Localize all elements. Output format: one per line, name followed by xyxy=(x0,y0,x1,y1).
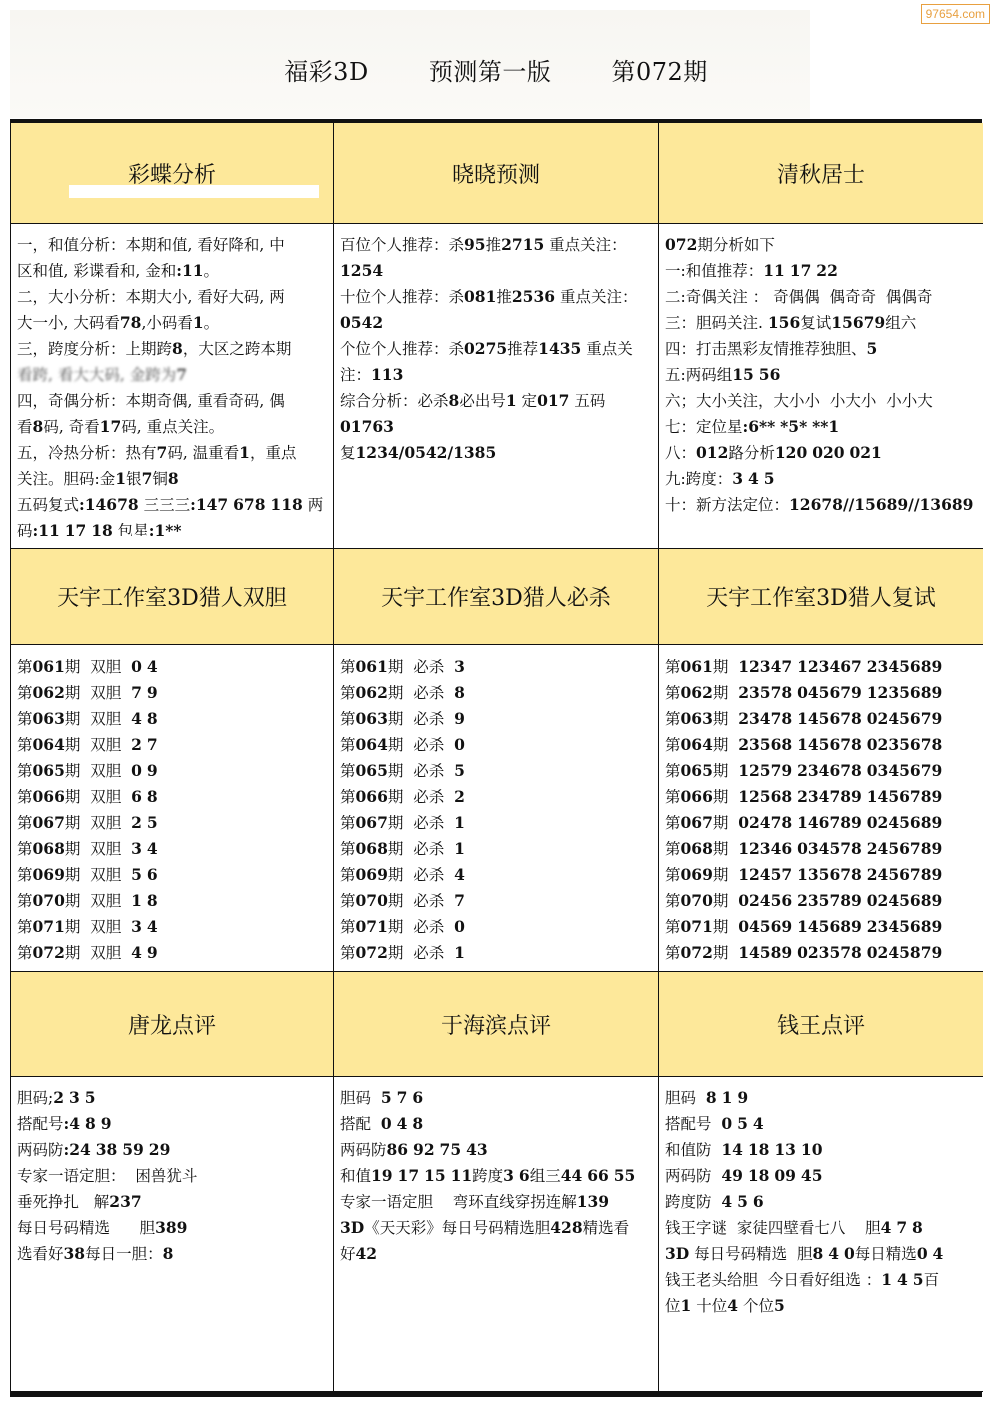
text-line: 搭配号 0 5 4 xyxy=(665,1111,977,1137)
text-line: 第067期 双胆 2 5 xyxy=(17,810,327,836)
title-period: 第072期 xyxy=(611,58,707,86)
text-line: 第072期 双胆 4 9 xyxy=(17,940,327,966)
text-line: 十：新方法定位：12678//15689//13689 xyxy=(665,492,977,518)
text-line: 第061期 12347 123467 2345689 xyxy=(665,654,977,680)
text-line: 百位个人推荐：杀95推2715 重点关注： xyxy=(340,232,652,258)
text-line: 五:两码组15 56 xyxy=(665,362,977,388)
text-line: 五，冷热分析：热有7码, 温重看1，重点 xyxy=(17,440,327,466)
text-line: 第061期 双胆 0 4 xyxy=(17,654,327,680)
section-header-xiaoxiao: 晓晓预测 xyxy=(334,123,659,224)
text-line: 第071期 必杀 0 xyxy=(340,914,652,940)
text-line: 九:跨度：3 4 5 xyxy=(665,466,977,492)
redaction-bar xyxy=(69,185,319,198)
section-body-xiaoxiao: 百位个人推荐：杀95推2715 重点关注：1254十位个人推荐：杀081推253… xyxy=(334,224,659,549)
section-header-tianyu-double: 天宇工作室3D猎人双胆 xyxy=(11,549,334,645)
text-line: 第067期 02478 146789 0245689 xyxy=(665,810,977,836)
text-line: 第062期 必杀 8 xyxy=(340,680,652,706)
text-line: 第062期 23578 045679 1235689 xyxy=(665,680,977,706)
text-line: 第068期 12346 034578 2456789 xyxy=(665,836,977,862)
text-line: 第068期 双胆 3 4 xyxy=(17,836,327,862)
section-title: 于海滨点评 xyxy=(441,1009,551,1040)
text-line: 七：定位星:6** *5* **1 xyxy=(665,414,977,440)
text-line: 第070期 双胆 1 8 xyxy=(17,888,327,914)
text-line: 第069期 12457 135678 2456789 xyxy=(665,862,977,888)
text-line: 选看好38每日一胆：8 xyxy=(17,1241,327,1267)
text-line: 胆码 5 7 6 xyxy=(340,1085,652,1111)
section-body-tianyu-multi: 第061期 12347 123467 2345689第062期 23578 04… xyxy=(659,645,983,972)
text-line: 和值19 17 15 11跨度3 6组三44 66 55 xyxy=(340,1163,652,1189)
text-line: 3D《天天彩》每日号码精选胆428精选看 xyxy=(340,1215,652,1241)
text-line: 第062期 双胆 7 9 xyxy=(17,680,327,706)
text-line: 八：012路分析120 020 021 xyxy=(665,440,977,466)
text-line: 三，跨度分析：上期跨8，大区之跨本期 xyxy=(17,336,327,362)
section-body-tanglong: 胆码;2 3 5搭配号:4 8 9两码防:24 38 59 29专家一语定胆： … xyxy=(11,1077,334,1392)
text-line: 区和值, 彩谍看和, 金和:11。 xyxy=(17,258,327,284)
text-line: 第061期 必杀 3 xyxy=(340,654,652,680)
section-title: 天宇工作室3D猎人双胆 xyxy=(57,581,287,612)
text-line: 第069期 双胆 5 6 xyxy=(17,862,327,888)
text-line: 和值防 14 18 13 10 xyxy=(665,1137,977,1163)
text-line: 第063期 必杀 9 xyxy=(340,706,652,732)
text-line: 胆码;2 3 5 xyxy=(17,1085,327,1111)
text-line: 四：打击黑彩友情推荐独胆、5 xyxy=(665,336,977,362)
text-line: 十位个人推荐：杀081推2536 重点关注： xyxy=(340,284,652,310)
text-line: 一，和值分析：本期和值, 看好降和, 中 xyxy=(17,232,327,258)
text-line: 072期分析如下 xyxy=(665,232,977,258)
text-line: 钱王字谜 家徒四壁看七八 胆4 7 8 xyxy=(665,1215,977,1241)
text-line: 钱王老头给胆 今日看好组选 ：1 4 5百 xyxy=(665,1267,977,1293)
section-header-qingqiu: 清秋居士 xyxy=(659,123,983,224)
text-line: 第069期 必杀 4 xyxy=(340,862,652,888)
section-title: 天宇工作室3D猎人复试 xyxy=(706,581,936,612)
page-title: 福彩3D 预测第一版 第072期 xyxy=(0,52,992,87)
title-edition: 预测第一版 xyxy=(429,58,552,86)
text-line: 第064期 双胆 2 7 xyxy=(17,732,327,758)
text-line: 第068期 必杀 1 xyxy=(340,836,652,862)
text-line: 六；大小关注，大小小 小大小 小小大 xyxy=(665,388,977,414)
text-line: 跨度防 4 5 6 xyxy=(665,1189,977,1215)
text-line: 第071期 双胆 3 4 xyxy=(17,914,327,940)
text-line: 两码防:24 38 59 29 xyxy=(17,1137,327,1163)
text-line: 胆码 8 1 9 xyxy=(665,1085,977,1111)
text-line: 垂死挣扎 解237 xyxy=(17,1189,327,1215)
text-line: 二，大小分析：本期大小, 看好大码, 两 xyxy=(17,284,327,310)
text-line: 第063期 双胆 4 8 xyxy=(17,706,327,732)
text-line: 第065期 双胆 0 9 xyxy=(17,758,327,784)
section-title: 晓晓预测 xyxy=(452,158,540,189)
text-line: 专家一语定胆： 困兽犹斗 xyxy=(17,1163,327,1189)
text-line: 第072期 14589 023578 0245879 xyxy=(665,940,977,966)
text-line: 第065期 12579 234678 0345679 xyxy=(665,758,977,784)
text-line: 复1234/0542/1385 xyxy=(340,440,652,466)
text-line: 个位个人推荐：杀0275推荐1435 重点关 xyxy=(340,336,652,362)
section-body-tianyu-double: 第061期 双胆 0 4第062期 双胆 7 9第063期 双胆 4 8第064… xyxy=(11,645,334,972)
text-line: 五码复式:14678 三三三:147 678 118 两 xyxy=(17,492,327,518)
text-line: 第066期 必杀 2 xyxy=(340,784,652,810)
text-line: 第070期 02456 235789 0245689 xyxy=(665,888,977,914)
text-line: 第071期 04569 145689 2345689 xyxy=(665,914,977,940)
text-line: 两码防 49 18 09 45 xyxy=(665,1163,977,1189)
text-line: 第066期 12568 234789 1456789 xyxy=(665,784,977,810)
section-body-yuhaibin: 胆码 5 7 6搭配 0 4 8两码防86 92 75 43和值19 17 15… xyxy=(334,1077,659,1392)
section-header-qianwang: 钱王点评 xyxy=(659,972,983,1077)
text-line: 专家一语定胆 弯环直线穿拐连解139 xyxy=(340,1189,652,1215)
section-header-tanglong: 唐龙点评 xyxy=(11,972,334,1077)
title-lottery: 福彩3D xyxy=(284,58,369,86)
text-line: 注：113 xyxy=(340,362,652,388)
section-body-tianyu-kill: 第061期 必杀 3第062期 必杀 8第063期 必杀 9第064期 必杀 0… xyxy=(334,645,659,972)
text-line: 3D 每日号码精选 胆8 4 0每日精选0 4 xyxy=(665,1241,977,1267)
text-line: 第070期 必杀 7 xyxy=(340,888,652,914)
text-line: 1254 xyxy=(340,258,652,284)
text-line: 关注。胆码:金1银7铜8 xyxy=(17,466,327,492)
text-line: 两码防86 92 75 43 xyxy=(340,1137,652,1163)
text-line: 每日号码精选 胆389 xyxy=(17,1215,327,1241)
section-title: 彩蝶分析 xyxy=(128,158,216,189)
prediction-grid: 彩蝶分析 晓晓预测 清秋居士 一，和值分析：本期和值, 看好降和, 中区和值, … xyxy=(10,119,982,1397)
text-line: 看8码, 奇看17码, 重点关注。 xyxy=(17,414,327,440)
text-line: 大一小, 大码看78,小码看1。 xyxy=(17,310,327,336)
section-header-tianyu-multi: 天宇工作室3D猎人复试 xyxy=(659,549,983,645)
redaction-bar xyxy=(70,536,320,548)
section-body-caidie: 一，和值分析：本期和值, 看好降和, 中区和值, 彩谍看和, 金和:11。二，大… xyxy=(11,224,334,549)
text-line: 搭配 0 4 8 xyxy=(340,1111,652,1137)
text-line: 综合分析：必杀8必出号1 定017 五码 xyxy=(340,388,652,414)
section-title: 唐龙点评 xyxy=(128,1009,216,1040)
text-line: 三：胆码关注. 156复试15679组六 xyxy=(665,310,977,336)
section-title: 天宇工作室3D猎人必杀 xyxy=(381,581,611,612)
text-line: 一:和值推荐：11 17 22 xyxy=(665,258,977,284)
text-line: 第064期 必杀 0 xyxy=(340,732,652,758)
text-line: 四，奇偶分析：本期奇偶, 重看奇码, 偶 xyxy=(17,388,327,414)
text-line: 第067期 必杀 1 xyxy=(340,810,652,836)
text-line: 0542 xyxy=(340,310,652,336)
text-line: 二:奇偶关注 ： 奇偶偶 偶奇奇 偶偶奇 xyxy=(665,284,977,310)
text-line: 第064期 23568 145678 0235678 xyxy=(665,732,977,758)
text-line: 第066期 双胆 6 8 xyxy=(17,784,327,810)
text-line: 搭配号:4 8 9 xyxy=(17,1111,327,1137)
text-line: 第063期 23478 145678 0245679 xyxy=(665,706,977,732)
text-line: 看跨, 看大大码, 金跨为7 xyxy=(17,362,327,388)
section-body-qianwang: 胆码 8 1 9搭配号 0 5 4和值防 14 18 13 10两码防 49 1… xyxy=(659,1077,983,1392)
section-title: 钱王点评 xyxy=(777,1009,865,1040)
text-line: 第072期 必杀 1 xyxy=(340,940,652,966)
text-line: 第065期 必杀 5 xyxy=(340,758,652,784)
text-line: 01763 xyxy=(340,414,652,440)
section-header-caidie: 彩蝶分析 xyxy=(11,123,334,224)
text-line: 位1 十位4 个位5 xyxy=(665,1293,977,1319)
section-header-yuhaibin: 于海滨点评 xyxy=(334,972,659,1077)
section-title: 清秋居士 xyxy=(777,158,865,189)
text-line: 好42 xyxy=(340,1241,652,1267)
section-header-tianyu-kill: 天宇工作室3D猎人必杀 xyxy=(334,549,659,645)
section-body-qingqiu: 072期分析如下一:和值推荐：11 17 22二:奇偶关注 ： 奇偶偶 偶奇奇 … xyxy=(659,224,983,549)
watermark: 97654.com xyxy=(921,4,990,24)
